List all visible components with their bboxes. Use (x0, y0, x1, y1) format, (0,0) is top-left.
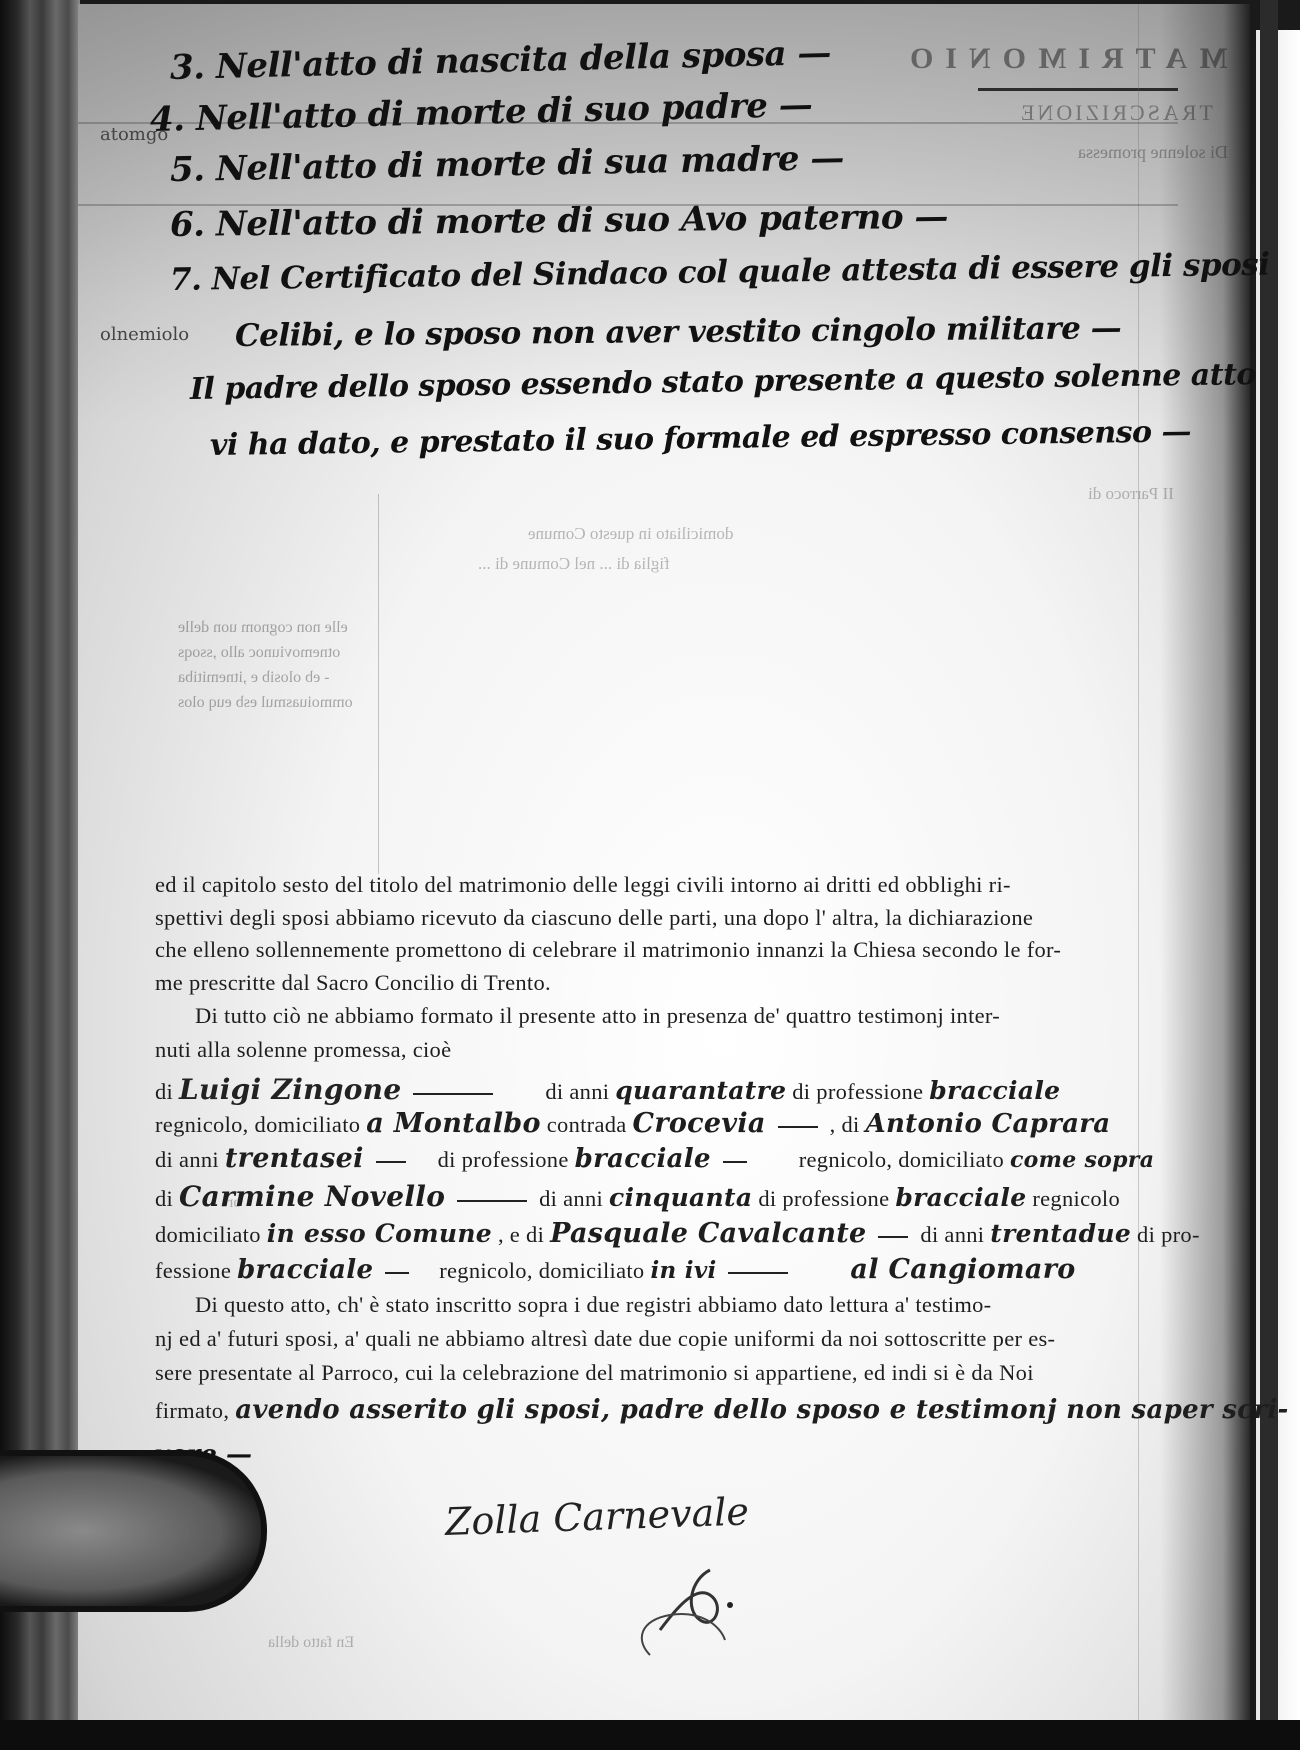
witness-1-profession: bracciale (929, 1076, 1060, 1105)
label-age: di anni (539, 1186, 603, 1211)
bleed-text: - eb olosib e ,itnemitiba (178, 669, 330, 687)
bleed-text: domiciliato in questo Comune (528, 524, 733, 544)
label-regnicolo: regnicolo, domiciliato (439, 1258, 644, 1283)
witness-3-age: cinquanta (609, 1183, 752, 1212)
label-age: di anni (920, 1222, 984, 1247)
label-di: , di (830, 1112, 860, 1137)
witness-4-contrada: al Cangiomaro (850, 1254, 1075, 1285)
witness-row-3: di anni trentasei di professione braccia… (155, 1143, 1285, 1174)
label-profession: di pro- (1137, 1222, 1200, 1247)
witness-4-profession: bracciale (237, 1255, 373, 1285)
label-profession: di professione (792, 1079, 923, 1104)
signature-paraph (630, 1560, 750, 1670)
printed-line-5: Di tutto ciò ne abbiamo formato il prese… (195, 1003, 1300, 1029)
witness-1-age: quarantatre (615, 1076, 786, 1105)
column-line (378, 494, 379, 874)
witness-3-domicile: in esso Comune (267, 1219, 492, 1248)
margin-mark: olnemiolo (100, 324, 189, 345)
filler-dash (413, 1093, 493, 1095)
filler-dash (376, 1161, 406, 1163)
label-di: di (155, 1079, 173, 1104)
filler-dash (457, 1200, 527, 1202)
printed-line-2: spettivi degli sposi abbiamo ricevuto da… (155, 905, 1285, 931)
witness-3-profession: bracciale (895, 1183, 1026, 1212)
paraph-flourish-icon (630, 1560, 750, 1670)
witness-3-name: Carmine Novello (179, 1180, 445, 1213)
witness-4-domicile: in ivi (650, 1257, 716, 1284)
witness-2-profession: bracciale (575, 1144, 711, 1174)
label-regnicolo: regnicolo, domiciliato (155, 1112, 360, 1137)
label-profession-cont: fessione (155, 1258, 231, 1283)
closing-line-4: firmato, avendo asserito gli sposi, padr… (155, 1395, 1285, 1425)
label-firmato: firmato, (155, 1398, 229, 1423)
witness-4-age: trentadue (990, 1219, 1131, 1248)
printed-line-4: me prescritte dal Sacro Concilio di Tren… (155, 970, 1285, 996)
page-tab-marker (0, 1450, 267, 1612)
witness-1-contrada: Crocevia (633, 1108, 766, 1139)
printed-line-1: ed il capitolo sesto del titolo del matr… (155, 872, 1285, 898)
closing-handwritten: avendo asserito gli sposi, padre dello s… (235, 1395, 1288, 1425)
bleed-text: otnemoviunoc allo ,ssoqs (178, 644, 340, 662)
filler-dash (723, 1161, 747, 1163)
header-rule (978, 88, 1178, 91)
label-e-di: , e di (498, 1222, 544, 1247)
filler-dash (728, 1272, 788, 1274)
witness-2-name: Antonio Caprara (865, 1109, 1110, 1139)
label-domiciliato: domiciliato (155, 1222, 261, 1247)
bleed-text: figlia di ... nel Comune di ... (478, 554, 670, 574)
witness-row-1: di Luigi Zingone di anni quarantatre di … (155, 1073, 1285, 1106)
witness-row-5: domiciliato in esso Comune , e di Pasqua… (155, 1218, 1285, 1249)
label-di: di (155, 1186, 173, 1211)
annotation-item-6: 6. Nell'atto di morte di suo Avo paterno… (170, 197, 948, 245)
label-profession: di professione (758, 1186, 889, 1211)
book-bottom-edge (0, 1720, 1300, 1750)
closing-line-1: Di questo atto, ch' è stato inscritto so… (195, 1292, 1300, 1318)
witness-1-name: Luigi Zingone (179, 1073, 401, 1106)
filler-dash (878, 1236, 908, 1238)
bleed-text: II Parroco di (1088, 484, 1174, 504)
witness-row-2: regnicolo, domiciliato a Montalbo contra… (155, 1108, 1285, 1139)
witness-row-4: di Carmine Novello di anni cinquanta di … (155, 1180, 1285, 1213)
label-profession: di professione (438, 1147, 569, 1172)
closing-line-2: nj ed a' futuri sposi, a' quali ne abbia… (155, 1326, 1285, 1352)
bleed-text: En fatto della (268, 1634, 354, 1652)
witness-2-age: trentasei (225, 1143, 364, 1174)
closing-line-3: sere presentate al Parroco, cui la celeb… (155, 1360, 1285, 1386)
label-age: di anni (155, 1147, 219, 1172)
label-contrada: contrada (547, 1112, 627, 1137)
witness-row-6: fessione bracciale regnicolo, domiciliat… (155, 1254, 1285, 1285)
filler-dash (385, 1272, 409, 1274)
printed-line-3: che elleno sollennemente promettono di c… (155, 937, 1285, 963)
witness-4-name: Pasquale Cavalcante (550, 1218, 866, 1249)
witness-2-domicile: come sopra (1010, 1147, 1154, 1173)
filler-dash (778, 1126, 818, 1128)
label-regnicolo: regnicolo (1032, 1186, 1120, 1211)
bleed-through-line: Di solenne promessa (1078, 142, 1228, 163)
bleed-text: elle non cognom uon delle (178, 619, 348, 637)
witness-1-domicile: a Montalbo (366, 1108, 541, 1139)
printed-line-6: nuti alla solenne promessa, cioè (155, 1037, 1285, 1063)
bleed-text: ommoiuasmul esb euq olos (178, 694, 353, 712)
label-regnicolo: regnicolo, domiciliato (799, 1147, 1004, 1172)
label-age: di anni (545, 1079, 609, 1104)
bleed-through-title: ATTO DI MATRIMONIO (898, 42, 1250, 76)
